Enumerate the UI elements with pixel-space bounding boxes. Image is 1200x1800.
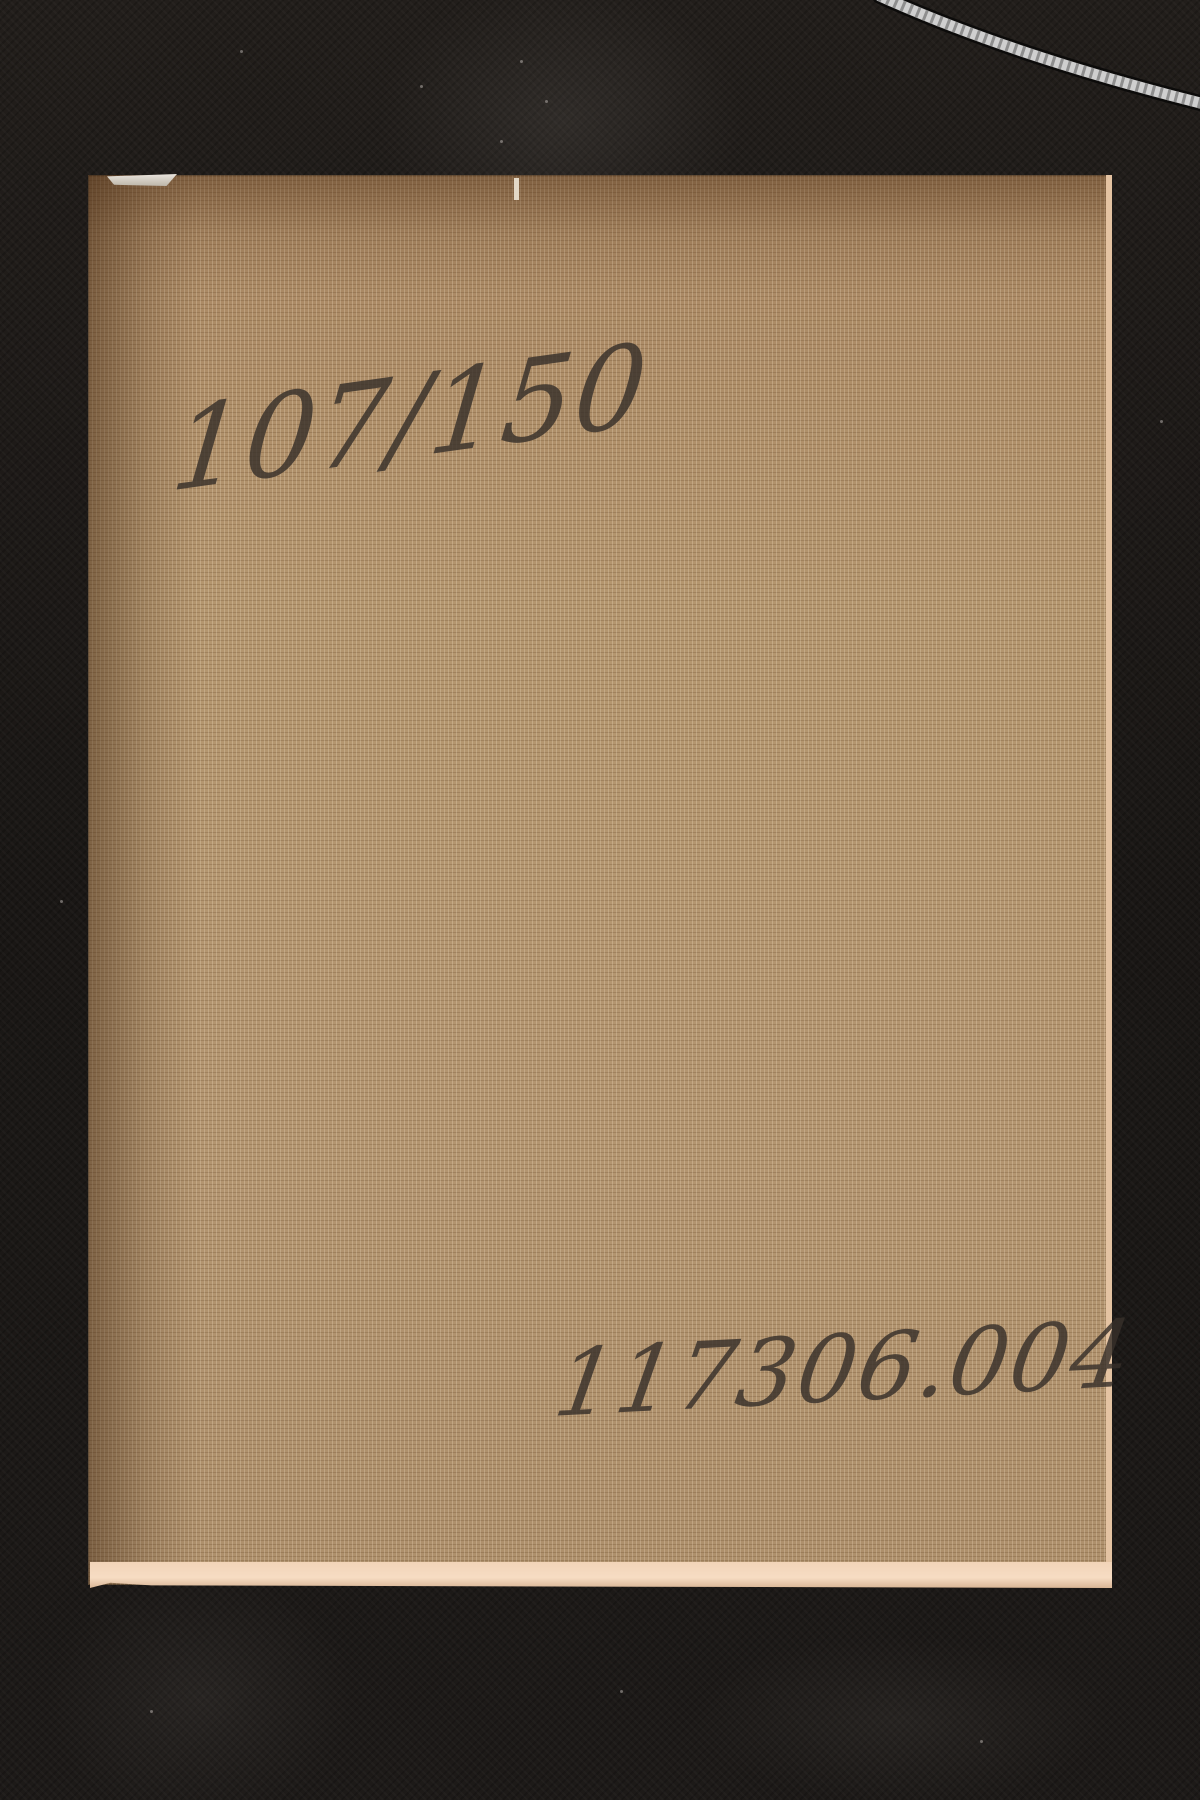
dust-speck [545, 100, 548, 103]
dust-speck [420, 85, 423, 88]
dust-speck [60, 900, 63, 903]
dust-speck [1160, 420, 1163, 423]
dust-speck [980, 1740, 983, 1743]
dust-speck [150, 1710, 153, 1713]
dust-speck [620, 1690, 623, 1693]
bottom-frame-ledge [90, 1562, 1112, 1588]
paper-tear-mark [514, 178, 519, 200]
dust-speck [240, 50, 243, 53]
dust-speck [520, 60, 523, 63]
dust-speck [500, 140, 503, 143]
